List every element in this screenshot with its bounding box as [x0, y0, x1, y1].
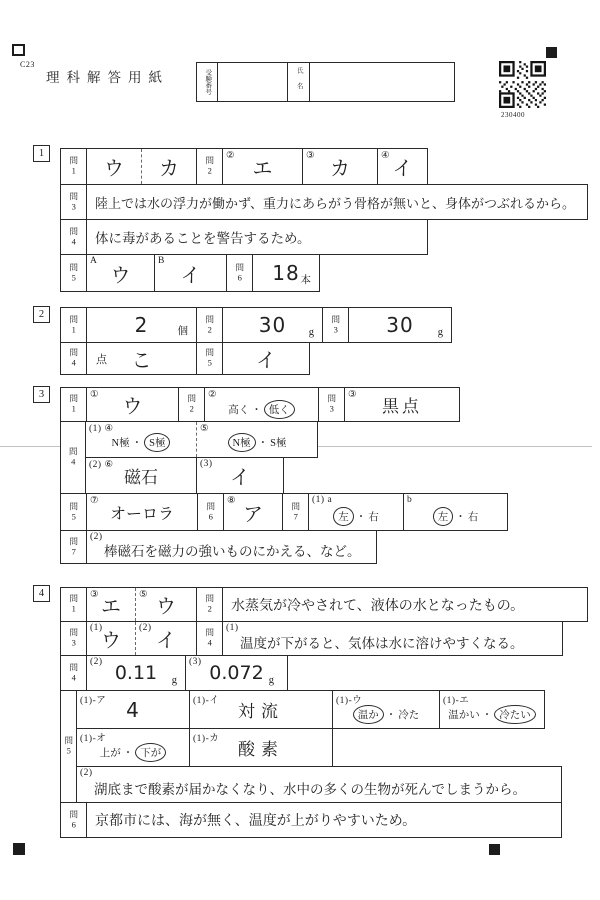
- registration-mark-top-right: [546, 47, 557, 58]
- section4-q5-label: 問5: [60, 690, 77, 803]
- handwritten-answer: ウ: [111, 259, 131, 288]
- handwritten-answer: ウ: [101, 624, 121, 653]
- sub-number: ⑦: [90, 495, 99, 506]
- sub-letter: (1) a: [312, 495, 332, 505]
- sub-number: ②: [208, 389, 217, 400]
- circled-option: 温か: [353, 705, 384, 724]
- unit-label: g: [172, 675, 177, 686]
- q-label: 問2: [197, 308, 223, 342]
- handwritten-sentence: 体に毒があることを警告するため。: [95, 227, 310, 247]
- option-separator: ・: [386, 707, 397, 722]
- section2-row1: 問1 2 個 問2 30 g 問3 30 g: [60, 307, 452, 343]
- s1-q2-2-cell: ② エ: [223, 149, 303, 184]
- s3-q6-answer-cell: ⑧ ア: [224, 494, 283, 530]
- sub-number: ⑧: [227, 495, 236, 506]
- sub-number: ②: [226, 150, 235, 161]
- s3-q7-2-answer-cell: (2) 棒磁石を磁力の強いものにかえる、など。: [87, 531, 376, 563]
- s2-q5-answer-cell: イ: [223, 343, 309, 374]
- sub-letter: B: [158, 256, 165, 266]
- s4-q6-answer-cell: 京都市には、海が無く、温度が上がりやすいため。: [87, 803, 561, 837]
- q-label: 問6: [227, 255, 253, 291]
- unit-label: g: [309, 327, 314, 338]
- sub-number: (2): [90, 657, 103, 667]
- sub-number: (2): [139, 623, 152, 633]
- form-code: C23: [20, 60, 35, 69]
- handwritten-answer: 0.072: [209, 662, 263, 684]
- section1-row4: 問5 A ウ B イ 問6 18 本: [60, 254, 320, 292]
- answer-sheet-page: C23 理科解答用紙 受験番号 氏名 230400 1 問1 ウ カ 問2 ②: [0, 0, 600, 900]
- s4-q5-2-answer-cell: (2) 湖底まで酸素が届かなくなり、水中の多くの生物が死んでしまうから。: [77, 767, 561, 802]
- q-label: 問5: [61, 255, 87, 291]
- section3-row5: 問7 (2) 棒磁石を磁力の強いものにかえる、など。: [60, 530, 377, 564]
- handwritten-answer: ウ: [156, 590, 176, 619]
- exam-number-field: [218, 63, 287, 101]
- q-label: 問5: [197, 343, 223, 374]
- circled-option: 冷たい: [494, 705, 536, 724]
- handwritten-sentence: 温度が下がると、気体は水に溶けやすくなる。: [240, 632, 524, 652]
- s4-q5-f-answer-cell: (1)-カ 酸素: [190, 729, 332, 766]
- q-label: 問4: [61, 422, 85, 493]
- section-2-marker: 2: [33, 306, 50, 323]
- s1-q1-answer-cell: ウ カ: [87, 149, 197, 184]
- sub-label: (1)-エ: [443, 692, 469, 706]
- q-label: 問4: [61, 220, 87, 254]
- sub-number: (1): [90, 623, 103, 633]
- handwritten-answer: ア: [243, 498, 263, 527]
- option-separator: ・: [123, 745, 134, 760]
- q-label: 問5: [61, 691, 76, 802]
- section3-row1: 問1 ① ウ 問2 ② 高く ・ 低く 問3 ③ 黒点: [60, 387, 460, 422]
- handwritten-sentence: 水蒸気が冷やされて、液体の水となったもの。: [231, 595, 524, 615]
- section1-row2: 問3 陸上では水の浮力が働かず、重力にあらがう骨格が無いと、身体がつぶれるから。: [60, 184, 588, 220]
- s4-q2-answer-cell: 水蒸気が冷やされて、液体の水となったもの。: [223, 588, 587, 621]
- sub-number: ③: [306, 150, 315, 161]
- choice-options: N極 ・ S極: [228, 433, 287, 452]
- handwritten-answer: 30: [259, 313, 286, 337]
- s4-q5-d-choice-cell: (1)-エ 温かい ・ 冷たい: [440, 691, 544, 728]
- exam-number-label: 受験番号: [197, 63, 218, 101]
- s3-q7-a-choice-cell: (1) a 左 ・ 右: [309, 494, 404, 530]
- section3-q4-label: 問4: [60, 421, 86, 494]
- option-separator: ・: [132, 435, 143, 450]
- s4-q5-a-cell: (1)-ア 4: [77, 691, 190, 728]
- sub-number: (1) ④: [89, 423, 113, 434]
- option-label: 冷た: [398, 707, 419, 722]
- sub-label: (1)-ウ: [336, 692, 362, 706]
- s4-q4-1-answer-cell: (1) 温度が下がると、気体は水に溶けやすくなる。: [223, 622, 562, 655]
- sub-number: (2): [90, 532, 103, 542]
- page-title: 理科解答用紙: [46, 66, 169, 86]
- registration-mark-bottom-right: [489, 844, 500, 855]
- sub-number: ③: [348, 389, 357, 400]
- q-label: 問3: [61, 622, 87, 655]
- option-label: 上が: [100, 745, 121, 760]
- sub-label: (1)-イ: [193, 692, 219, 706]
- qr-caption: 230400: [501, 111, 525, 119]
- q-label: 問7: [61, 531, 87, 563]
- s3-q5-answer-cell: ⑦ オーロラ: [87, 494, 198, 530]
- option-label: 温かい: [448, 707, 480, 722]
- q-label: 問3: [323, 308, 349, 342]
- handwritten-sentence: 棒磁石を磁力の強いものにかえる、など。: [104, 540, 361, 560]
- q-label: 問4: [61, 656, 87, 690]
- s1-q4-answer-cell: 体に毒があることを警告するため。: [87, 220, 427, 254]
- section1-row1: 問1 ウ カ 問2 ② エ ③ カ ④ イ: [60, 148, 428, 185]
- handwritten-answer: 対流: [238, 697, 284, 722]
- name-field: [310, 63, 454, 101]
- option-label: S極: [270, 435, 286, 450]
- choice-options: 温かい ・ 冷たい: [448, 705, 536, 724]
- handwritten-answer: 4: [126, 698, 140, 722]
- registration-mark-bottom-left: [13, 843, 25, 855]
- handwritten-answer: イ: [181, 259, 201, 288]
- section1-row3: 問4 体に毒があることを警告するため。: [60, 219, 428, 255]
- handwritten-answer: イ: [230, 461, 250, 490]
- sub-label: (1)-ア: [80, 692, 106, 706]
- section-3-marker: 3: [33, 386, 50, 403]
- handwritten-answer: ウ: [87, 152, 141, 181]
- sub-label: (1)-カ: [193, 730, 219, 744]
- s1-q6-answer-cell: 18 本: [253, 255, 319, 291]
- q-label: 問2: [197, 588, 223, 621]
- s4-q3-1-cell: (1) ウ: [87, 622, 136, 655]
- sub-number: (1): [226, 623, 239, 633]
- choice-options: 左 ・ 右: [433, 507, 479, 526]
- s4-q1-3-cell: ③ エ: [87, 588, 136, 621]
- s1-q5-b-cell: B イ: [155, 255, 227, 291]
- sub-number: (3): [189, 657, 202, 667]
- registration-mark-top-left: [12, 44, 25, 56]
- q-label: 問3: [61, 185, 87, 219]
- handwritten-answer: 30: [386, 313, 413, 337]
- handwritten-answer: 黒点: [382, 392, 422, 417]
- s1-q2-3-cell: ③ カ: [303, 149, 378, 184]
- sub-number: ③: [90, 589, 99, 600]
- option-label: N極: [112, 435, 130, 450]
- option-separator: ・: [455, 509, 466, 524]
- circled-option: 下が: [135, 743, 166, 762]
- handwritten-answer: カ: [330, 152, 350, 181]
- s2-q2-answer-cell: 30 g: [223, 308, 323, 342]
- q-label: 問1: [61, 149, 87, 184]
- q-label: 問2: [179, 388, 205, 421]
- q-label: 問6: [61, 803, 87, 837]
- name-label: 氏名: [287, 63, 310, 101]
- sub-number: (2) ⑥: [89, 459, 113, 470]
- option-label: 右: [368, 509, 379, 524]
- sub-letter: b: [407, 495, 412, 505]
- q-label: 問6: [198, 494, 224, 530]
- q-label: 問1: [61, 388, 87, 421]
- s4-q3-2-cell: (2) イ: [136, 622, 197, 655]
- sub-number: ④: [381, 150, 390, 161]
- s2-q1-answer-cell: 2 個: [87, 308, 197, 342]
- section3-q4-rowB: (2) ⑥ 磁石 (3) イ: [85, 457, 284, 494]
- sub-number: ①: [90, 389, 99, 400]
- option-separator: ・: [251, 402, 262, 417]
- q-label: 問5: [61, 494, 87, 530]
- s3-q2-choice-cell: ② 高く ・ 低く: [205, 388, 319, 421]
- sub-number: ⑤: [139, 589, 148, 600]
- handwritten-sentence: 湖底まで酸素が届かなくなり、水中の多くの生物が死んでしまうから。: [94, 778, 526, 798]
- s3-q4-6-answer-cell: (2) ⑥ 磁石: [86, 458, 197, 493]
- handwritten-answer: 0.11: [115, 662, 157, 684]
- s3-q4-5-choice-cell: ⑤ N極 ・ S極: [197, 422, 317, 457]
- choice-options: 左 ・ 右: [333, 507, 379, 526]
- unit-label: 本: [301, 272, 312, 287]
- option-separator: ・: [482, 707, 493, 722]
- handwritten-answer: オーロラ: [110, 501, 174, 524]
- q-label: 問7: [283, 494, 309, 530]
- section3-row4: 問5 ⑦ オーロラ 問6 ⑧ ア 問7 (1) a 左 ・ 右 b 左 ・ 右: [60, 493, 508, 531]
- name-box: 受験番号 氏名: [196, 62, 455, 102]
- choice-options: 上が ・ 下が: [100, 743, 167, 762]
- section4-row3: 問4 (2) 0.11 g (3) 0.072 g: [60, 655, 288, 691]
- s2-q3-answer-cell: 30 g: [349, 308, 451, 342]
- section4-row7: 問6 京都市には、海が無く、温度が上がりやすいため。: [60, 802, 562, 838]
- s4-q1-5-cell: ⑤ ウ: [136, 588, 197, 621]
- section4-q5-rowA: (1)-ア 4 (1)-イ 対流 (1)-ウ 温か ・ 冷た (1)-エ 温かい…: [76, 690, 545, 729]
- printed-prefix: 点: [96, 351, 107, 367]
- section3-q4-rowA: (1) ④ N極 ・ S極 ⑤ N極 ・ S極: [85, 421, 318, 458]
- unit-label: g: [438, 327, 443, 338]
- handwritten-answer: こ: [132, 344, 152, 373]
- handwritten-answer: イ: [256, 344, 276, 373]
- handwritten-answer: イ: [393, 152, 413, 181]
- section4-row1: 問1 ③ エ ⑤ ウ 問2 水蒸気が冷やされて、液体の水となったもの。: [60, 587, 588, 622]
- s4-q5-c-choice-cell: (1)-ウ 温か ・ 冷た: [333, 691, 440, 728]
- s1-q3-answer-cell: 陸上では水の浮力が働かず、重力にあらがう骨格が無いと、身体がつぶれるから。: [87, 185, 587, 219]
- choice-options: N極 ・ S極: [112, 433, 171, 452]
- sub-number: ⑤: [200, 423, 209, 434]
- q-label: 問4: [61, 343, 87, 374]
- section4-q5-rowB: (1)-オ 上が ・ 下が (1)-カ 酸素: [76, 728, 333, 767]
- section4-row2: 問3 (1) ウ (2) イ 問4 (1) 温度が下がると、気体は水に溶けやすく…: [60, 621, 563, 656]
- option-label: 高く: [228, 402, 249, 417]
- s3-q4-3-answer-cell: (3) イ: [197, 458, 283, 493]
- option-label: 右: [468, 509, 479, 524]
- handwritten-answer: 2: [135, 313, 149, 337]
- q-label: 問2: [197, 149, 223, 184]
- q-label: 問3: [319, 388, 345, 421]
- sub-letter: A: [90, 256, 97, 266]
- choice-options: 高く ・ 低く: [228, 400, 295, 419]
- s3-q4-4-choice-cell: (1) ④ N極 ・ S極: [86, 422, 197, 457]
- unit-label: g: [269, 675, 274, 686]
- handwritten-answer: 酸素: [238, 735, 284, 760]
- s3-q1-answer-cell: ① ウ: [87, 388, 179, 421]
- handwritten-answer: エ: [101, 590, 121, 619]
- handwritten-answer: エ: [253, 152, 273, 181]
- s4-q4-2-answer-cell: (2) 0.11 g: [87, 656, 186, 690]
- section-1-marker: 1: [33, 145, 50, 162]
- handwritten-answer: カ: [141, 149, 196, 184]
- choice-options: 温か ・ 冷た: [353, 705, 420, 724]
- q-label: 問1: [61, 308, 87, 342]
- option-separator: ・: [258, 435, 269, 450]
- handwritten-answer: 磁石: [124, 463, 158, 488]
- handwritten-sentence: 京都市には、海が無く、温度が上がりやすいため。: [95, 810, 416, 830]
- sub-label: (1)-オ: [80, 730, 106, 744]
- circled-option: 左: [433, 507, 454, 526]
- s1-q2-4-cell: ④ イ: [378, 149, 427, 184]
- section-4-marker: 4: [33, 585, 50, 602]
- s4-q4-3-answer-cell: (3) 0.072 g: [186, 656, 287, 690]
- s4-q5-b-cell: (1)-イ 対流: [190, 691, 333, 728]
- handwritten-sentence: 陸上では水の浮力が働かず、重力にあらがう骨格が無いと、身体がつぶれるから。: [95, 193, 575, 212]
- circled-option: N極: [228, 433, 256, 452]
- circled-option: S極: [144, 433, 170, 452]
- circled-option: 左: [333, 507, 354, 526]
- sub-number: (2): [80, 768, 93, 778]
- s2-q4-answer-cell: 点 こ: [87, 343, 197, 374]
- s3-q3-answer-cell: ③ 黒点: [345, 388, 459, 421]
- s4-q5-e-choice-cell: (1)-オ 上が ・ 下が: [77, 729, 190, 766]
- section2-row2: 問4 点 こ 問5 イ: [60, 342, 310, 375]
- sub-number: (3): [200, 459, 213, 469]
- q-label: 問4: [197, 622, 223, 655]
- unit-label: 個: [178, 323, 189, 338]
- handwritten-answer: 18: [272, 261, 299, 285]
- q-label: 問1: [61, 588, 87, 621]
- circled-option: 低く: [264, 400, 295, 419]
- option-separator: ・: [356, 509, 367, 524]
- handwritten-answer: ウ: [123, 390, 143, 419]
- qr-code-icon: [499, 61, 546, 108]
- section4-q5-rowC: (2) 湖底まで酸素が届かなくなり、水中の多くの生物が死んでしまうから。: [76, 766, 562, 803]
- handwritten-answer: イ: [156, 624, 176, 653]
- s3-q7-b-choice-cell: b 左 ・ 右: [404, 494, 507, 530]
- s1-q5-a-cell: A ウ: [87, 255, 155, 291]
